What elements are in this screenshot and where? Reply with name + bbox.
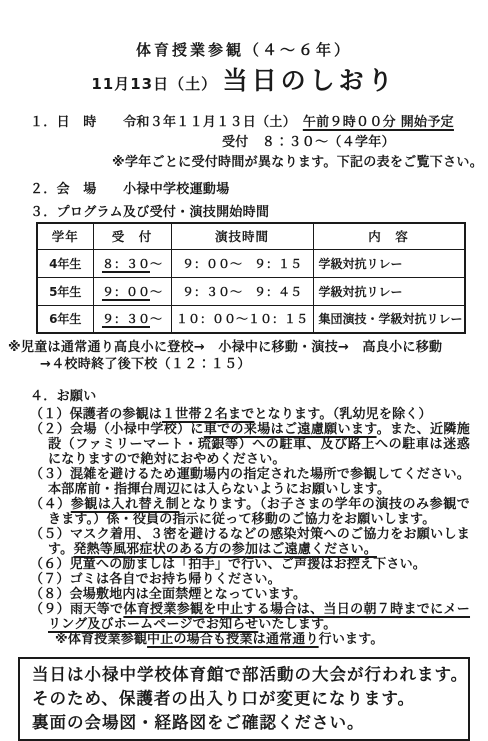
children-route-line2: →４校時終了後下校（１２：１５）	[40, 356, 488, 373]
document-page: { "colors": { "ink": "#1a1a1a", "paper":…	[0, 0, 488, 741]
reception-note-line: ※学年ごとに受付時間が異なります。下記の表をご覧下さい。	[112, 153, 488, 173]
header-reception: 受 付	[93, 223, 171, 249]
cell-time: １０：００～１０：１５	[171, 305, 313, 333]
cell-grade: 5年生	[37, 277, 93, 305]
request-item-1: （１）保護者の参観は１世帯２名までとなります。（乳幼児を除く）	[30, 407, 470, 422]
cell-reception: ９：３０～	[93, 305, 171, 333]
cell-content: 学級対抗リレー	[313, 277, 465, 305]
datetime-line: １．日 時 令和３年１１月１３日（土） 午前９時００分 開始予定	[30, 113, 488, 133]
children-route-line1: ※児童は通常通り高良小に登校→ 小禄中に移動・演技→ 高良小に移動	[8, 339, 488, 356]
cell-grade: 6年生	[37, 305, 93, 333]
section-datetime: １．日 時 令和３年１１月１３日（土） 午前９時００分 開始予定 受付 ８：３０…	[0, 113, 488, 173]
requests-list: （１）保護者の参観は１世帯２名までとなります。（乳幼児を除く） （２）会場（小禄…	[30, 407, 470, 647]
request-item-4: （４）参観は入れ替え制となります。（お子さまの学年の演技のみ参観できます。）係・…	[30, 497, 470, 527]
table-row: 5年生 ９：００～ ９：３０～ ９：４５ 学級対抗リレー	[37, 277, 465, 305]
subtitle-date: 11月13日（土）	[91, 75, 217, 93]
cell-content: 集団演技・学級対抗リレー	[313, 305, 465, 333]
section-program-heading: ３．プログラム及び受付・演技開始時間	[30, 204, 488, 222]
table-row: 6年生 ９：３０～ １０：００～１０：１５ 集団演技・学級対抗リレー	[37, 305, 465, 333]
document-title: 体育授業参観（４～６年）	[0, 40, 488, 60]
requests-heading: ４．お願い	[30, 388, 488, 406]
cell-time: ９：００～ ９：１５	[171, 249, 313, 277]
request-item-6: （６）児童への励ましは「拍手」で行い、ご声援はお控え下さい。	[30, 557, 470, 572]
header-grade: 学年	[37, 223, 93, 249]
schedule-table: 学年 受 付 演技時間 内 容 4年生 ８：３０～ ９：００～ ９：１５ 学級対…	[36, 222, 466, 334]
cell-reception: ８：３０～	[93, 249, 171, 277]
notice-box: 当日は小禄中学校体育館で部活動の大会が行われます。 そのため、保護者の出入り口が…	[18, 657, 470, 741]
notice-line3: 裏面の会場図・経路図をご確認ください。	[32, 711, 456, 735]
notice-line1: 当日は小禄中学校体育館で部活動の大会が行われます。	[32, 663, 456, 687]
request-item-2: （２）会場（小禄中学校）に車での来場はご遠慮願います。また、近隣施設（ファミリー…	[30, 422, 470, 467]
request-item-8: （８）会場敷地内は全面禁煙となっています。	[30, 587, 470, 602]
request-item-3: （３）混雑を避けるため運動場内の指定された場所で参観してください。本部席前・指揮…	[30, 467, 470, 497]
request-item-5: （５）マスク着用、３密を避けるなどの感染対策へのご協力をお願いします。発熱等風邪…	[30, 527, 470, 557]
cell-grade: 4年生	[37, 249, 93, 277]
reception-time-line: 受付 ８：３０～（４学年）	[222, 133, 488, 153]
request-item-7: （７）ゴミは各自でお持ち帰りください。	[30, 572, 470, 587]
document-subtitle: 11月13日（土） 当日のしおり	[0, 64, 488, 101]
cell-content: 学級対抗リレー	[313, 249, 465, 277]
request-item-9: （９）雨天等で体育授業参観を中止する場合は、当日の朝７時までにメーリング及びホー…	[30, 602, 470, 632]
notice-line2: そのため、保護者の出入り口が変更になります。	[32, 687, 456, 711]
cell-time: ９：３０～ ９：４５	[171, 277, 313, 305]
header-content: 内 容	[313, 223, 465, 249]
table-row: 4年生 ８：３０～ ９：００～ ９：１５ 学級対抗リレー	[37, 249, 465, 277]
subtitle-main: 当日のしおり	[223, 66, 397, 95]
section-venue: ２．会 場 小禄中学校運動場	[30, 180, 488, 200]
header-performance-time: 演技時間	[171, 223, 313, 249]
table-header-row: 学年 受 付 演技時間 内 容	[37, 223, 465, 249]
children-route-note: ※児童は通常通り高良小に登校→ 小禄中に移動・演技→ 高良小に移動 →４校時終了…	[0, 339, 488, 373]
cancellation-note: ※体育授業参観中止の場合も授業は通常通り行います。	[55, 632, 470, 647]
cell-reception: ９：００～	[93, 277, 171, 305]
